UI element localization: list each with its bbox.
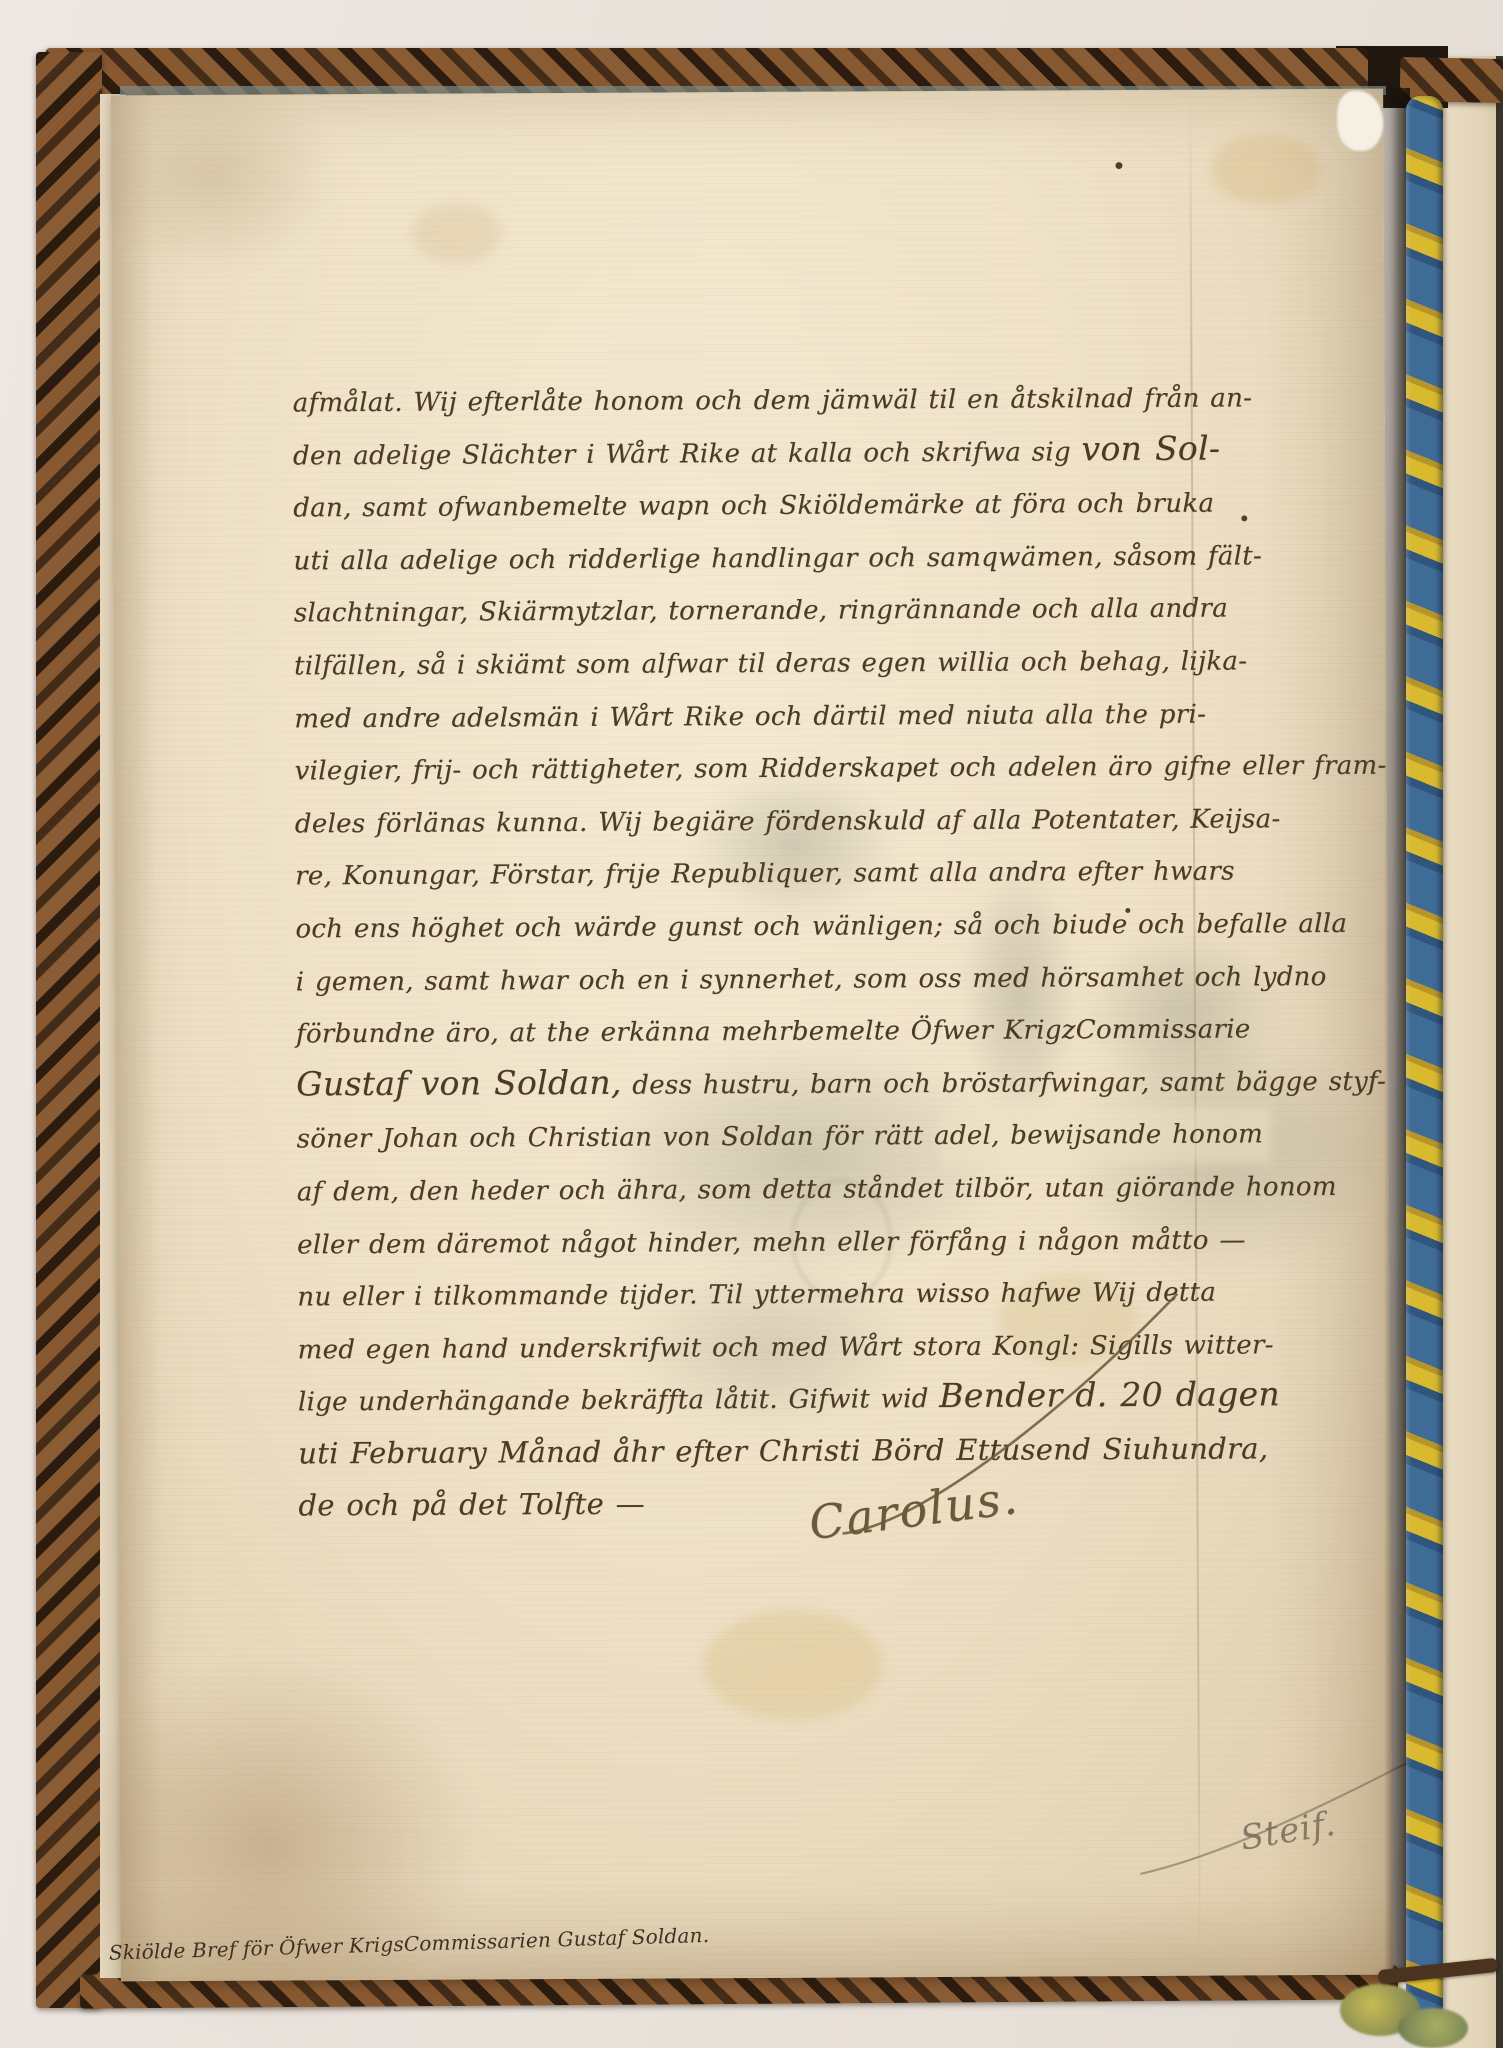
manuscript-line: vilegier, frij- och rättigheter, som Rid… — [294, 737, 1449, 796]
manuscript-line: söner Johan och Christian von Soldan för… — [296, 1105, 1451, 1164]
stain — [412, 203, 502, 263]
manuscript-line: och ens höghet och wärde gunst och wänli… — [295, 894, 1450, 953]
binding-cord-blue-yellow — [1406, 96, 1443, 2020]
manuscript-line: med andre adelsmän i Wårt Rike och därti… — [294, 684, 1449, 743]
manuscript-line: deles förlänas kunna. Wij begiäre förden… — [295, 789, 1450, 848]
leather-cover-left-edge — [36, 52, 102, 2008]
photo-right-edge — [1496, 56, 1503, 2048]
corner-foxing-stain — [81, 74, 342, 275]
manuscript-line: i gemen, samt hwar och en i synnerhet, s… — [296, 947, 1451, 1006]
manuscript-line: afmålat. Wij efterlåte honom och dem jäm… — [293, 368, 1448, 427]
corner-foxing-stain — [59, 1653, 481, 2035]
scanned-book-photo: afmålat. Wij efterlåte honom och dem jäm… — [0, 0, 1503, 2048]
manuscript-line: re, Konungar, Förstar, frije Republiquer… — [295, 842, 1450, 901]
manuscript-line: den adelige Slächter i Wårt Rike at kall… — [293, 421, 1448, 480]
manuscript-line: uti alla adelige och ridderlige handling… — [293, 526, 1448, 585]
manuscript-line: förbundne äro, at the erkänna mehrbemelt… — [296, 999, 1451, 1058]
stain — [703, 1609, 884, 1720]
manuscript-line: eller dem däremot något hinder, mehn ell… — [297, 1210, 1452, 1269]
manuscript-line: Gustaf von Soldan, dess hustru, barn och… — [296, 1052, 1451, 1111]
manuscript-line: af dem, den heder och ähra, som detta st… — [297, 1157, 1452, 1216]
speck — [1115, 162, 1122, 169]
manuscript-line: dan, samt ofwanbemelte wapn och Skiöldem… — [293, 474, 1448, 533]
manuscript-page: afmålat. Wij efterlåte honom och dem jäm… — [111, 89, 1393, 1982]
manuscript-line: slachtningar, Skiärmytzlar, tornerande, … — [294, 579, 1449, 638]
cord-knot — [1398, 2008, 1468, 2048]
stain — [1211, 133, 1321, 206]
manuscript-line: tilfällen, så i skiämt som alfwar til de… — [294, 631, 1449, 690]
